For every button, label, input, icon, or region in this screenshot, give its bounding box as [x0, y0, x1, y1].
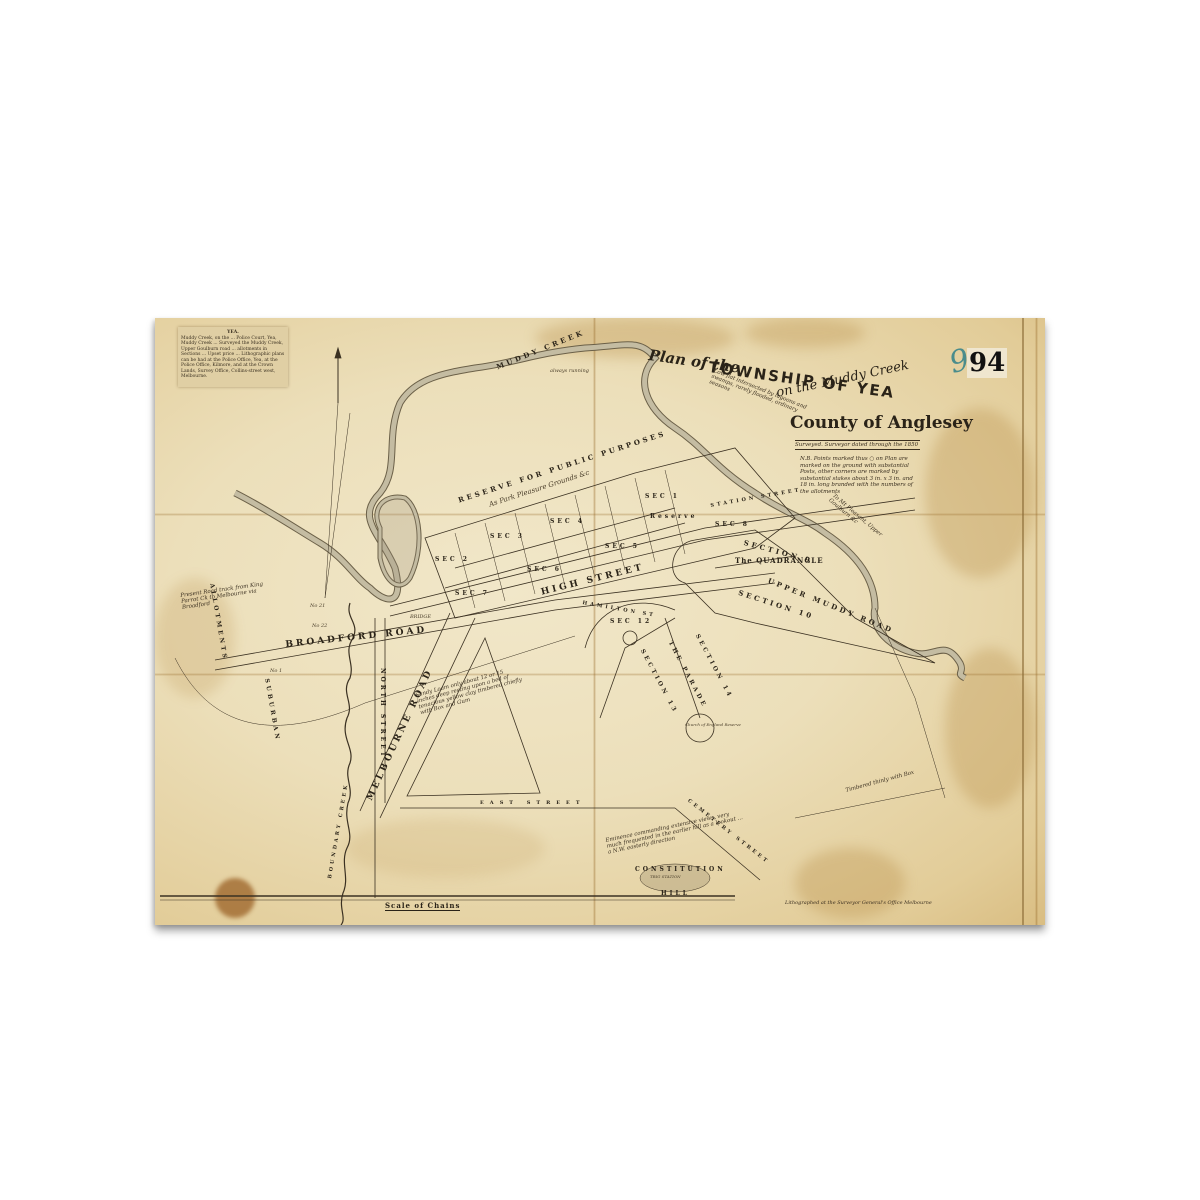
lithographed-imprint: Lithographed at the Surveyor General's O… [785, 900, 932, 906]
label-constitution: CONSTITUTION [635, 866, 726, 873]
label-sec-1: SEC 1 [645, 493, 680, 500]
label-sec-4: SEC 4 [550, 518, 585, 525]
subtitle-note: Surveyed. Surveyor dated through the 185… [795, 440, 920, 450]
label-reserve: Reserve [650, 513, 697, 520]
label-no-1: No 1 [270, 668, 282, 674]
label-sec-3: SEC 3 [490, 533, 525, 540]
label-hill: HILL [661, 890, 690, 897]
label-no-21: No 21 [310, 603, 325, 609]
boundary-creek [341, 603, 355, 925]
label-sec-7: SEC 7 [455, 590, 490, 597]
survey-note: N.B. Points marked thus ○ on Plan are ma… [800, 456, 920, 495]
label-sec-5: SEC 5 [605, 543, 640, 550]
label-sec-2: SEC 2 [435, 556, 470, 563]
sheet-number: 94 [967, 348, 1007, 378]
label-sec-8: SEC 8 [715, 521, 750, 528]
label-bridge: BRIDGE [410, 614, 431, 620]
label-trig-station: TRIG STATION [650, 874, 681, 879]
label-no-22: No 22 [312, 623, 327, 629]
newspaper-clipping: YEA. Muddy Creek, on the ... Police Cour… [178, 327, 288, 387]
label-always-running: always running [550, 368, 589, 374]
map-drawing [155, 318, 1045, 925]
label-sec-12: SEC 12 [610, 618, 652, 625]
label-sec-6: SEC 6 [527, 566, 562, 573]
label-north-street: NORTH STREET [379, 668, 386, 759]
label-east-street: EAST STREET [480, 800, 586, 806]
label-church-reserve: Church of England Reserve [685, 722, 741, 727]
map-sheet: YEA. Muddy Creek, on the ... Police Cour… [155, 318, 1045, 925]
title-line4: County of Anglesey [790, 413, 973, 433]
scale-of-chains: Scale of Chains [385, 901, 460, 911]
clipping-text: Muddy Creek, on the ... Police Court, Ye… [181, 336, 285, 380]
